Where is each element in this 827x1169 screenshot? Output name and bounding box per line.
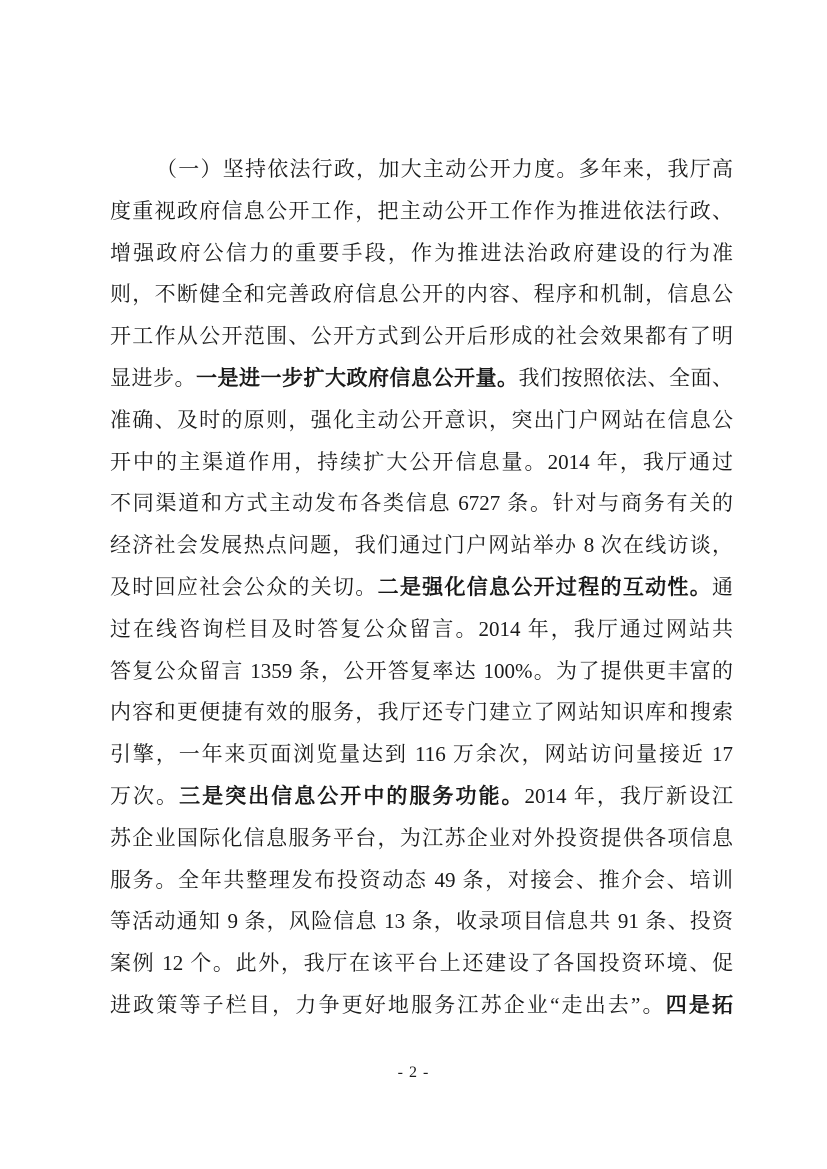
text-line: 增强政府公信力的重要手段，作为推进法治政府建设的行为准 bbox=[110, 233, 733, 275]
text-segment: 万次。 bbox=[110, 784, 179, 808]
text-line: 开工作从公开范围、公开方式到公开后形成的社会效果都有了明 bbox=[110, 316, 733, 358]
page-number: - 2 - bbox=[0, 1062, 827, 1084]
text-line: 则，不断健全和完善政府信息公开的内容、程序和机制，信息公 bbox=[110, 274, 733, 316]
text-line: 服务。全年共整理发布投资动态 49 条，对接会、推介会、培训 bbox=[110, 860, 733, 902]
bold-phrase: 一是进一步扩大政府信息公开量。 bbox=[196, 366, 519, 390]
text-line: 显进步。一是进一步扩大政府信息公开量。我们按照依法、全面、 bbox=[110, 358, 733, 400]
text-line: 开中的主渠道作用，持续扩大公开信息量。2014 年，我厅通过 bbox=[110, 442, 733, 484]
bold-phrase: 二是强化信息公开过程的互动性。 bbox=[378, 575, 712, 599]
text-segment: 开工作从公开范围、公开方式到公开后形成的社会效果都有了明 bbox=[110, 324, 733, 348]
text-segment: 则，不断健全和完善政府信息公开的内容、程序和机制，信息公 bbox=[110, 282, 733, 306]
text-segment: 显进步。 bbox=[110, 366, 196, 390]
text-line: 引擎，一年来页面浏览量达到 116 万余次，网站访问量接近 17 bbox=[110, 734, 733, 776]
text-segment: 答复公众留言 1359 条，公开答复率达 100%。为了提供更丰富的 bbox=[110, 659, 733, 683]
text-segment: 度重视政府信息公开工作，把主动公开工作作为推进依法行政、 bbox=[110, 199, 733, 223]
text-segment: 准确、及时的原则，强化主动公开意识，突出门户网站在信息公 bbox=[110, 408, 733, 432]
text-segment: 服务。全年共整理发布投资动态 49 条，对接会、推介会、培训 bbox=[110, 868, 733, 892]
text-segment: 内容和更便捷有效的服务，我厅还专门建立了网站知识库和搜索 bbox=[110, 700, 733, 724]
text-line: 不同渠道和方式主动发布各类信息 6727 条。针对与商务有关的 bbox=[110, 483, 733, 525]
document-page: （一）坚持依法行政，加大主动公开力度。多年来，我厅高度重视政府信息公开工作，把主… bbox=[0, 0, 827, 1169]
text-segment: 案例 12 个。此外，我厅在该平台上还建设了各国投资环境、促 bbox=[110, 951, 733, 975]
text-line: 及时回应社会公众的关切。二是强化信息公开过程的互动性。通 bbox=[110, 567, 733, 609]
text-line: 经济社会发展热点问题，我们通过门户网站举办 8 次在线访谈， bbox=[110, 525, 733, 567]
text-line: 过在线咨询栏目及时答复公众留言。2014 年，我厅通过网站共 bbox=[110, 609, 733, 651]
text-line: 进政策等子栏目，力争更好地服务江苏企业“走出去”。四是拓 bbox=[110, 985, 733, 1027]
text-line: 度重视政府信息公开工作，把主动公开工作作为推进依法行政、 bbox=[110, 191, 733, 233]
text-segment: 通 bbox=[712, 575, 733, 599]
text-line: 准确、及时的原则，强化主动公开意识，突出门户网站在信息公 bbox=[110, 400, 733, 442]
text-line: （一）坚持依法行政，加大主动公开力度。多年来，我厅高 bbox=[110, 149, 733, 191]
text-segment: 2014 年，我厅新设江 bbox=[525, 784, 733, 808]
text-segment: 进政策等子栏目，力争更好地服务江苏企业“走出去”。 bbox=[110, 993, 666, 1017]
text-line: 苏企业国际化信息服务平台，为江苏企业对外投资提供各项信息 bbox=[110, 818, 733, 860]
text-line: 内容和更便捷有效的服务，我厅还专门建立了网站知识库和搜索 bbox=[110, 692, 733, 734]
text-line: 万次。三是突出信息公开中的服务功能。2014 年，我厅新设江 bbox=[110, 776, 733, 818]
text-segment: 增强政府公信力的重要手段，作为推进法治政府建设的行为准 bbox=[110, 241, 733, 265]
text-line: 答复公众留言 1359 条，公开答复率达 100%。为了提供更丰富的 bbox=[110, 651, 733, 693]
text-segment: 我们按照依法、全面、 bbox=[519, 366, 734, 390]
text-segment: 等活动通知 9 条，风险信息 13 条，收录项目信息共 91 条、投资 bbox=[110, 909, 733, 933]
bold-phrase: 三是突出信息公开中的服务功能。 bbox=[179, 784, 524, 808]
text-segment: 经济社会发展热点问题，我们通过门户网站举办 8 次在线访谈， bbox=[110, 533, 733, 557]
text-segment: 及时回应社会公众的关切。 bbox=[110, 575, 378, 599]
text-segment: 引擎，一年来页面浏览量达到 116 万余次，网站访问量接近 17 bbox=[110, 742, 733, 766]
text-segment: （一）坚持依法行政，加大主动公开力度。多年来，我厅高 bbox=[156, 157, 733, 181]
text-segment: 不同渠道和方式主动发布各类信息 6727 条。针对与商务有关的 bbox=[110, 491, 733, 515]
body-paragraph: （一）坚持依法行政，加大主动公开力度。多年来，我厅高度重视政府信息公开工作，把主… bbox=[110, 149, 733, 1027]
text-segment: 过在线咨询栏目及时答复公众留言。2014 年，我厅通过网站共 bbox=[110, 617, 733, 641]
text-segment: 开中的主渠道作用，持续扩大公开信息量。2014 年，我厅通过 bbox=[110, 450, 733, 474]
bold-phrase: 四是拓 bbox=[666, 993, 733, 1017]
text-segment: 苏企业国际化信息服务平台，为江苏企业对外投资提供各项信息 bbox=[110, 826, 733, 850]
text-line: 等活动通知 9 条，风险信息 13 条，收录项目信息共 91 条、投资 bbox=[110, 901, 733, 943]
text-line: 案例 12 个。此外，我厅在该平台上还建设了各国投资环境、促 bbox=[110, 943, 733, 985]
